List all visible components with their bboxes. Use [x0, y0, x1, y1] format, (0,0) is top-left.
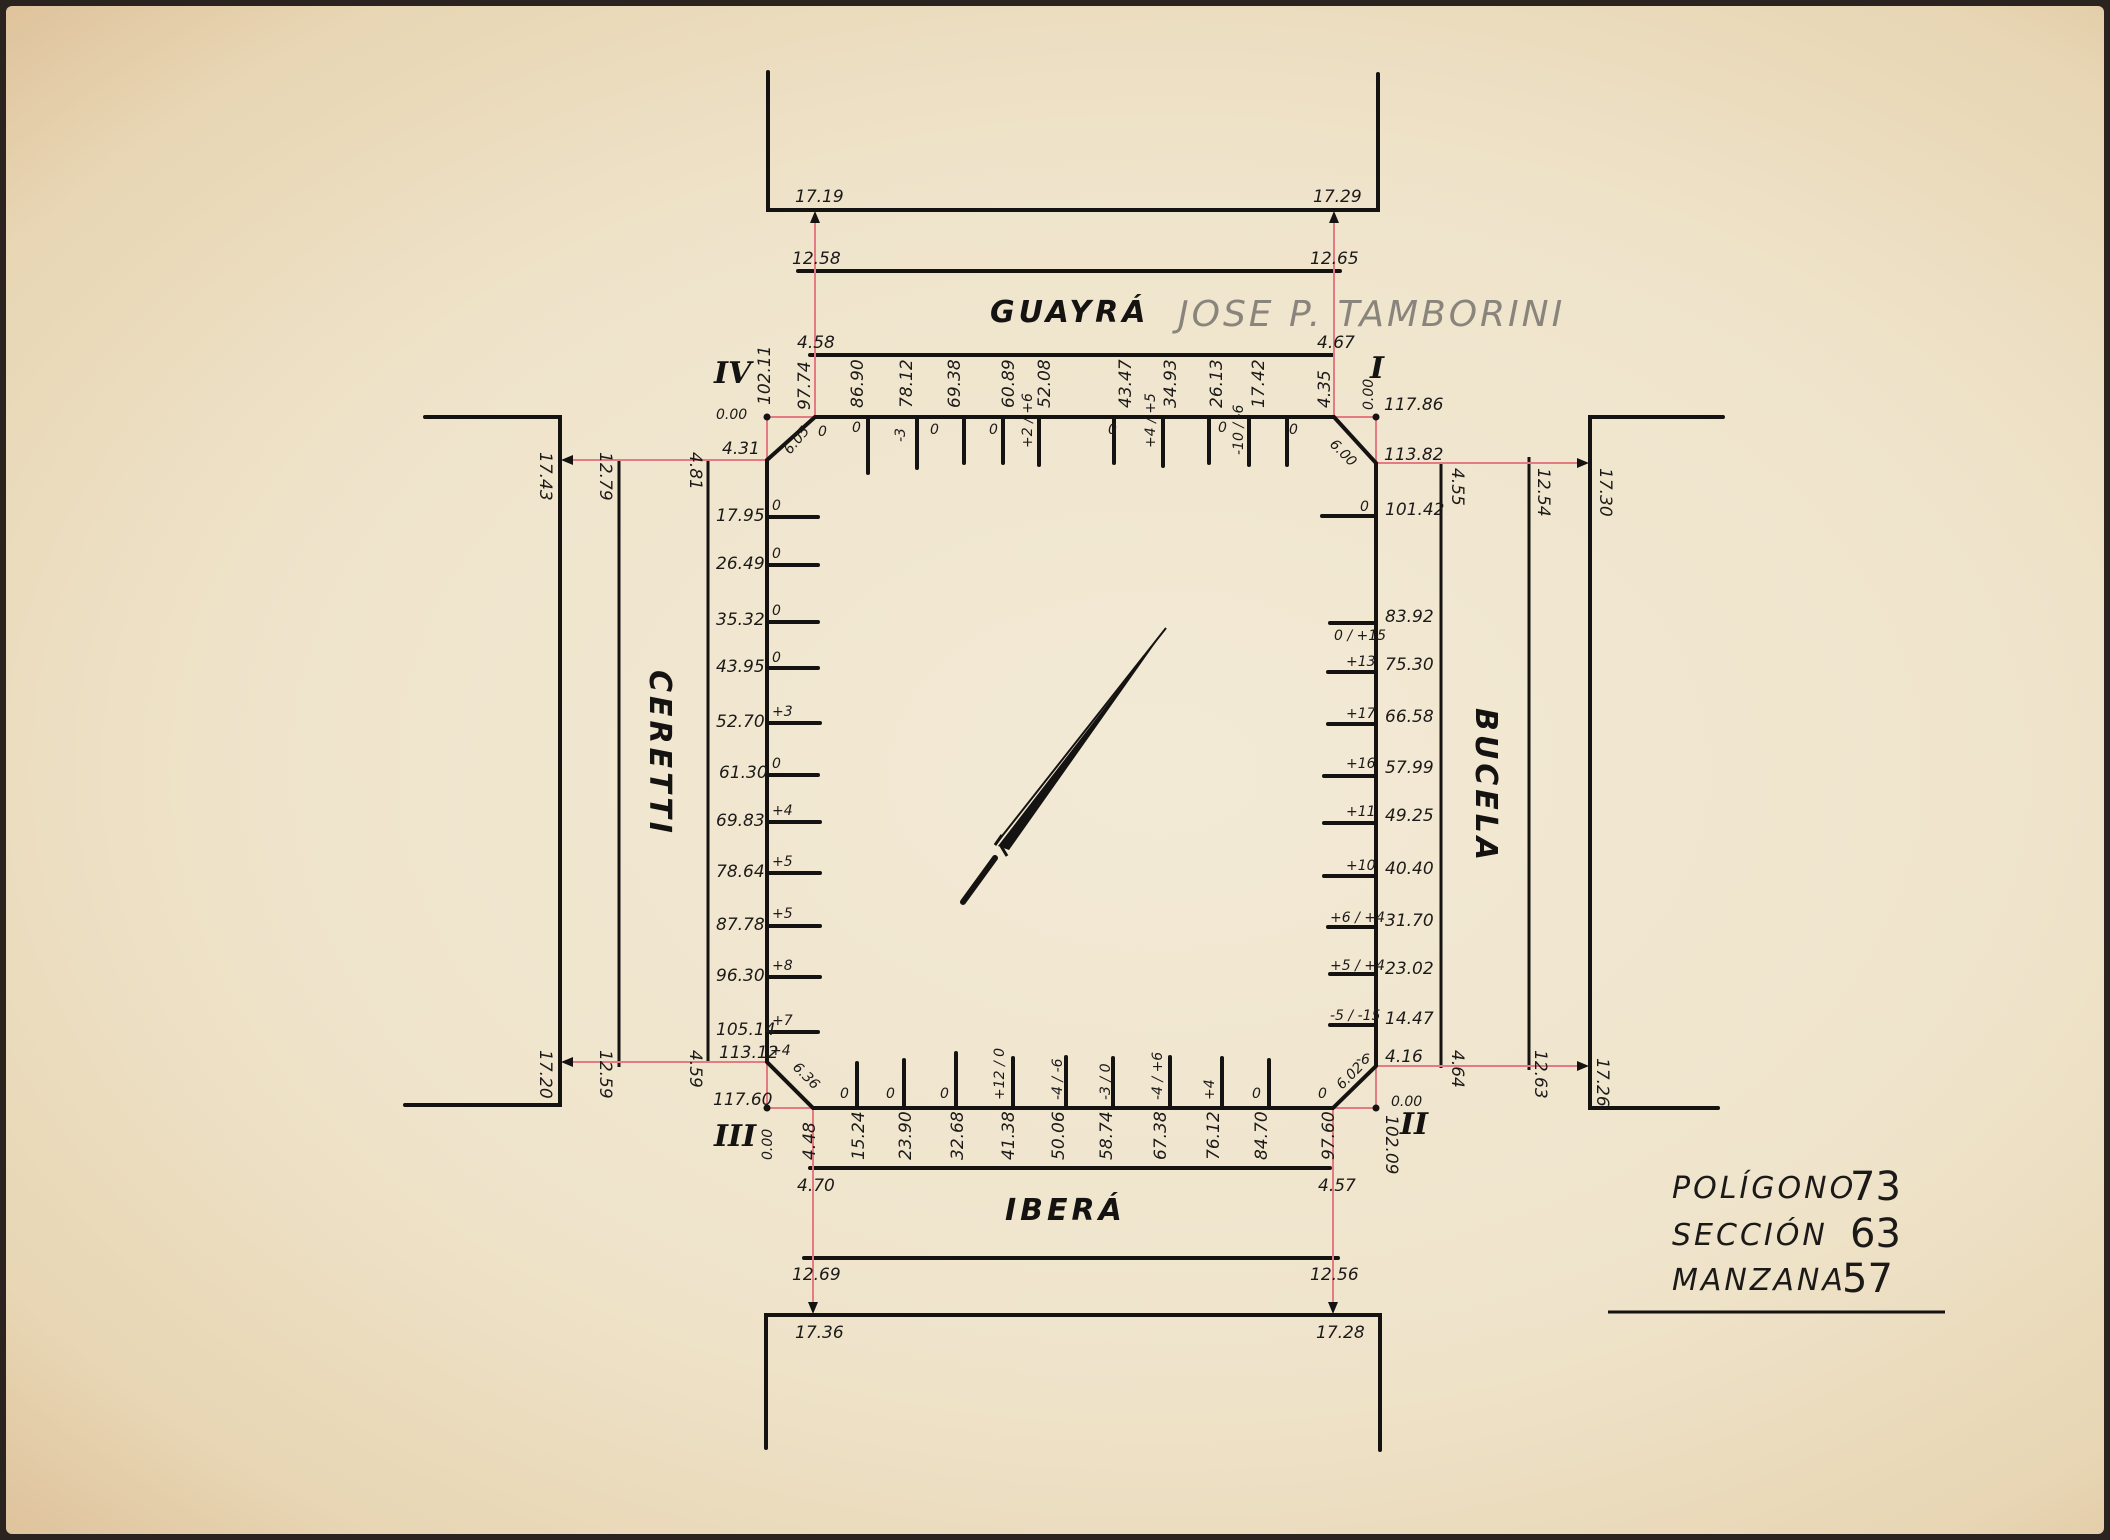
svg-text:-5 / -15: -5 / -15: [1330, 1008, 1381, 1024]
svg-text:0: 0: [772, 756, 781, 772]
svg-text:0: 0: [772, 650, 781, 666]
corner-iv-point: [764, 414, 771, 421]
svg-text:0 / +15: 0 / +15: [1334, 628, 1386, 644]
west-sidewalk-bottom: 4.59: [685, 1050, 705, 1088]
svg-text:+10: +10: [1346, 858, 1376, 874]
corner-i-point: [1373, 414, 1380, 421]
east-opposite-frame: [1590, 417, 1723, 1108]
svg-text:78.12: 78.12: [897, 359, 917, 408]
east-corner-bottom: 4.16: [1385, 1047, 1423, 1067]
arrow-sw: [808, 1302, 818, 1314]
svg-text:+7: +7: [772, 1013, 793, 1029]
svg-text:-3 / 0: -3 / 0: [1098, 1063, 1114, 1100]
svg-text:17.42: 17.42: [1249, 359, 1269, 408]
svg-text:+8: +8: [772, 958, 793, 974]
manzana-value: 57: [1842, 1256, 1893, 1302]
svg-text:23.02: 23.02: [1385, 959, 1434, 979]
south-station-distances: 4.48 15.24 23.90 32.68 41.38 50.06 58.74…: [800, 1111, 1339, 1160]
svg-text:+4 / +5: +4 / +5: [1143, 393, 1159, 448]
west-curb-bottom: 12.59: [595, 1050, 615, 1099]
north-front-right: 17.29: [1313, 187, 1362, 207]
svg-text:52.08: 52.08: [1035, 359, 1055, 408]
svg-text:0: 0: [940, 1086, 949, 1102]
corner-i-dist-a: 117.86: [1384, 395, 1444, 415]
svg-text:96.30: 96.30: [716, 966, 765, 986]
north-curb-right: 12.65: [1310, 249, 1359, 269]
svg-text:0: 0: [1218, 420, 1227, 436]
svg-text:60.89: 60.89: [999, 359, 1019, 408]
svg-text:83.92: 83.92: [1385, 607, 1434, 627]
west-front-top: 17.43: [535, 452, 555, 501]
svg-text:34.93: 34.93: [1161, 359, 1181, 408]
arrow-e-top: [1577, 458, 1589, 468]
block-polygon: [767, 417, 1376, 1108]
svg-text:0: 0: [1108, 422, 1117, 438]
west-station-levels: 0 0 0 0 +3 0 +4 +5 +5 +8 +7: [772, 498, 793, 1029]
svg-text:69.83: 69.83: [716, 811, 765, 831]
block-identification: POLÍGONO 73 SECCIÓN 63 MANZANA 57: [1608, 1164, 1945, 1312]
svg-text:67.38: 67.38: [1151, 1111, 1171, 1160]
svg-text:0: 0: [1252, 1086, 1261, 1102]
svg-text:15.24: 15.24: [849, 1111, 869, 1160]
svg-text:86.90: 86.90: [848, 359, 868, 408]
east-station-distances: 101.42 83.92 75.30 66.58 57.99 49.25 40.…: [1385, 500, 1444, 1029]
svg-text:+4: +4: [1202, 1079, 1218, 1100]
svg-text:97.74: 97.74: [795, 361, 815, 410]
corner-iv-chamfer: 6.05: [781, 423, 813, 457]
svg-text:31.70: 31.70: [1385, 911, 1434, 931]
svg-text:43.47: 43.47: [1116, 359, 1136, 408]
svg-text:87.78: 87.78: [716, 915, 765, 935]
north-curb-left: 12.58: [792, 249, 841, 269]
svg-text:23.90: 23.90: [896, 1111, 916, 1160]
north-opposite-frame: [768, 72, 1378, 210]
corner-ii-dist-a: 102.09: [1381, 1115, 1401, 1174]
corner-label-iii: III: [713, 1119, 757, 1154]
svg-text:0: 0: [852, 420, 861, 436]
arrow-nw: [810, 211, 820, 223]
svg-text:+5 / +4: +5 / +4: [1330, 958, 1385, 974]
manzana-label: MANZANA: [1672, 1263, 1846, 1298]
street-name-south: IBERÁ: [1005, 1192, 1126, 1228]
corner-iv-zero: 0.00: [716, 407, 747, 423]
poligono-value: 73: [1850, 1164, 1901, 1210]
north-arrow-icon: [963, 628, 1166, 902]
east-sidewalk-bottom: 4.64: [1447, 1050, 1467, 1088]
seccion-value: 63: [1850, 1211, 1901, 1257]
svg-text:-4 / -6: -4 / -6: [1050, 1058, 1066, 1100]
svg-text:4.35: 4.35: [1315, 370, 1335, 408]
svg-text:+11: +11: [1346, 804, 1376, 820]
west-corner-top: 4.31: [722, 439, 760, 459]
svg-text:97.60: 97.60: [1319, 1111, 1339, 1160]
svg-text:0: 0: [1318, 1086, 1327, 1102]
south-sidewalk-right: 4.57: [1318, 1176, 1356, 1196]
svg-text:14.47: 14.47: [1385, 1009, 1434, 1029]
arrow-se: [1328, 1302, 1338, 1314]
west-station-ticks: [767, 517, 820, 1032]
arrow-w-top: [561, 455, 573, 465]
svg-text:+17: +17: [1346, 706, 1376, 722]
north-station-distances: 97.74 86.90 78.12 69.38 60.89 52.08 43.4…: [795, 359, 1335, 410]
svg-text:-4 / +6: -4 / +6: [1150, 1052, 1166, 1100]
svg-text:26.49: 26.49: [716, 554, 765, 574]
arrow-w-bottom: [561, 1057, 573, 1067]
svg-text:75.30: 75.30: [1385, 655, 1434, 675]
south-station-levels: 0 0 0 +12 / 0 -4 / -6 -3 / 0 -4 / +6 +4 …: [840, 1048, 1327, 1102]
south-sidewalk-left: 4.70: [797, 1176, 835, 1196]
svg-text:0: 0: [1360, 499, 1369, 515]
seccion-label: SECCIÓN: [1672, 1216, 1828, 1253]
svg-text:0: 0: [930, 422, 939, 438]
corner-i-dist-b: 113.82: [1384, 445, 1443, 465]
arrow-e-bottom: [1577, 1061, 1589, 1071]
svg-text:+4: +4: [772, 803, 793, 819]
svg-text:+3: +3: [772, 704, 793, 720]
svg-text:0: 0: [818, 424, 827, 440]
north-front-left: 17.19: [795, 187, 844, 207]
svg-text:0: 0: [840, 1086, 849, 1102]
svg-text:+5: +5: [772, 906, 793, 922]
svg-text:66.58: 66.58: [1385, 707, 1434, 727]
svg-text:105.14: 105.14: [716, 1020, 775, 1040]
svg-text:35.32: 35.32: [716, 610, 765, 630]
svg-text:26.13: 26.13: [1207, 359, 1227, 408]
west-sidewalk-top: 4.81: [685, 452, 705, 490]
svg-text:-3: -3: [893, 428, 909, 442]
svg-text:41.38: 41.38: [999, 1111, 1019, 1160]
svg-text:0: 0: [886, 1086, 895, 1102]
surveyor-signature: JOSE P. TAMBORINI: [1172, 294, 1565, 335]
south-front-right: 17.28: [1316, 1323, 1365, 1343]
svg-text:40.40: 40.40: [1385, 859, 1434, 879]
south-front-left: 17.36: [795, 1323, 844, 1343]
south-curb-right: 12.56: [1310, 1265, 1359, 1285]
east-curb-top: 12.54: [1533, 468, 1553, 517]
corner-iii-zero: 0.00: [760, 1129, 776, 1160]
svg-text:76.12: 76.12: [1204, 1111, 1224, 1160]
east-sidewalk-top: 4.55: [1447, 468, 1467, 506]
corner-label-ii: II: [1399, 1107, 1429, 1142]
svg-text:+12 / 0: +12 / 0: [992, 1048, 1008, 1100]
svg-text:4.48: 4.48: [800, 1122, 820, 1160]
arrow-ne: [1329, 211, 1339, 223]
svg-text:43.95: 43.95: [716, 657, 765, 677]
svg-text:+6 / +4: +6 / +4: [1330, 910, 1385, 926]
block-plan-drawing: GUAYRÁ IBERÁ CERETTI BUCELA JOSE P. TAMB…: [0, 0, 2110, 1540]
svg-text:69.38: 69.38: [945, 359, 965, 408]
svg-text:+5: +5: [772, 854, 793, 870]
svg-text:101.42: 101.42: [1385, 500, 1444, 520]
svg-text:+13: +13: [1346, 654, 1376, 670]
corner-ii-point: [1373, 1105, 1380, 1112]
east-front-bottom: 17.26: [1592, 1058, 1612, 1107]
svg-text:78.64: 78.64: [716, 862, 765, 882]
west-front-bottom: 17.20: [535, 1050, 555, 1099]
svg-text:84.70: 84.70: [1252, 1111, 1272, 1160]
north-sidewalk-left: 4.58: [797, 333, 835, 353]
svg-text:58.74: 58.74: [1097, 1111, 1117, 1160]
corner-iii-level: +4: [770, 1043, 791, 1059]
svg-text:52.70: 52.70: [716, 712, 765, 732]
svg-text:57.99: 57.99: [1385, 758, 1434, 778]
svg-text:0: 0: [989, 422, 998, 438]
south-curb-left: 12.69: [792, 1265, 841, 1285]
east-curb-bottom: 12.63: [1530, 1050, 1550, 1099]
corner-iii-dist-a: 117.60: [713, 1090, 772, 1110]
svg-text:+2 / +6: +2 / +6: [1020, 393, 1036, 448]
south-opposite-frame: [766, 1315, 1380, 1450]
corner-label-iv: IV: [713, 356, 754, 391]
svg-text:0: 0: [1289, 422, 1298, 438]
corner-i-zero: 0.00: [1361, 379, 1377, 410]
poligono-label: POLÍGONO: [1672, 1170, 1856, 1206]
corner-ii-zero: 0.00: [1391, 1094, 1422, 1110]
north-sidewalk-right: 4.67: [1317, 333, 1355, 353]
svg-text:0: 0: [772, 603, 781, 619]
svg-text:61.30: 61.30: [719, 763, 768, 783]
street-name-west: CERETTI: [642, 670, 677, 837]
corner-ii-level: -6: [1356, 1052, 1370, 1068]
svg-text:+16: +16: [1346, 756, 1376, 772]
svg-text:49.25: 49.25: [1385, 806, 1434, 826]
svg-text:17.95: 17.95: [716, 506, 765, 526]
svg-text:0: 0: [772, 546, 781, 562]
street-name-north: GUAYRÁ: [990, 294, 1149, 330]
corner-iv-dist-a: 102.11: [755, 346, 775, 405]
svg-text:32.68: 32.68: [948, 1111, 968, 1160]
street-name-east: BUCELA: [1468, 708, 1503, 864]
svg-text:0: 0: [772, 498, 781, 514]
west-opposite-frame: [405, 417, 560, 1105]
east-front-top: 17.30: [1595, 468, 1615, 517]
svg-text:-10 / -6: -10 / -6: [1231, 404, 1247, 455]
west-curb-top: 12.79: [595, 452, 615, 501]
svg-text:50.06: 50.06: [1049, 1111, 1069, 1160]
